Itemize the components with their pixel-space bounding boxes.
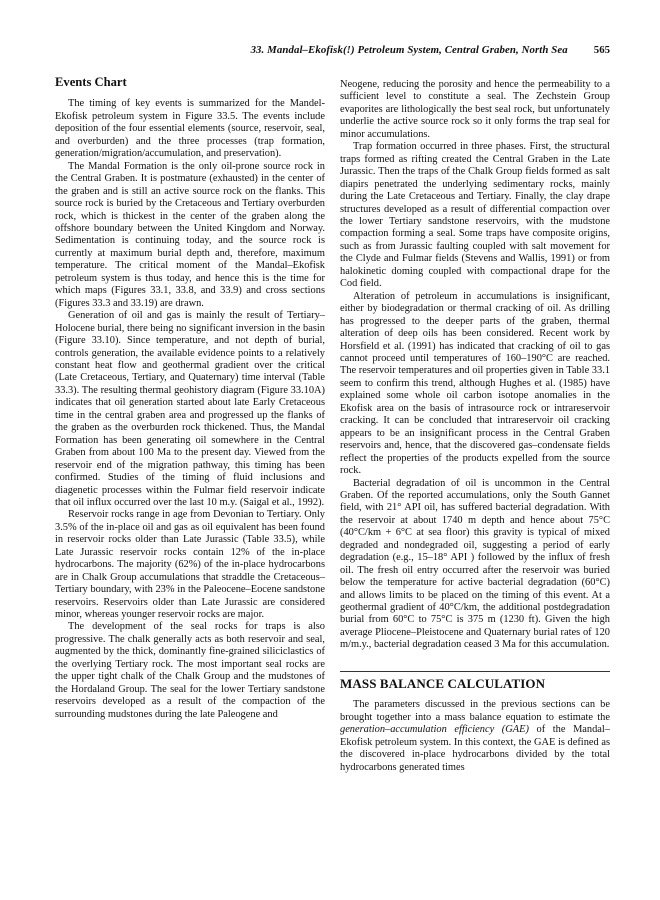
right-column: Neogene, reducing the porosity and hence… xyxy=(340,76,610,774)
two-column-body: Events Chart The timing of key events is… xyxy=(55,76,610,774)
paragraph-italic-term: generation–accumulation efficiency (GAE) xyxy=(340,724,529,735)
paragraph: Bacterial degradation of oil is uncommon… xyxy=(340,478,610,652)
running-header: 33. Mandal–Ekofisk(!) Petroleum System, … xyxy=(55,44,610,56)
paragraph-continuation: Neogene, reducing the porosity and hence… xyxy=(340,79,610,141)
document-page: 33. Mandal–Ekofisk(!) Petroleum System, … xyxy=(0,0,660,900)
mass-balance-heading: MASS BALANCE CALCULATION xyxy=(340,678,610,690)
left-column: Events Chart The timing of key events is… xyxy=(55,76,325,774)
page-number: 565 xyxy=(594,44,610,56)
running-header-title: 33. Mandal–Ekofisk(!) Petroleum System, … xyxy=(251,44,568,56)
paragraph: Alteration of petroleum in accumulations… xyxy=(340,291,610,478)
paragraph: Generation of oil and gas is mainly the … xyxy=(55,310,325,509)
paragraph: The Mandal Formation is the only oil-pro… xyxy=(55,161,325,310)
paragraph: Reservoir rocks range in age from Devoni… xyxy=(55,509,325,621)
paragraph: The development of the seal rocks for tr… xyxy=(55,621,325,721)
paragraph: The parameters discussed in the previous… xyxy=(340,699,610,774)
paragraph: Trap formation occurred in three phases.… xyxy=(340,141,610,290)
section-divider xyxy=(340,671,610,672)
paragraph: The timing of key events is summarized f… xyxy=(55,98,325,160)
events-chart-heading: Events Chart xyxy=(55,76,325,88)
paragraph-text: The parameters discussed in the previous… xyxy=(340,699,610,722)
